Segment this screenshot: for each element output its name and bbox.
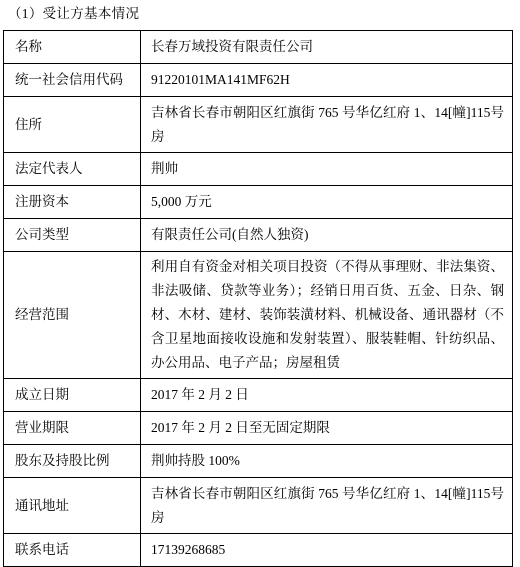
table-row: 名称 长春万域投资有限责任公司: [4, 31, 513, 64]
row-value-business-term: 2017 年 2 月 2 日至无固定期限: [141, 412, 513, 445]
table-row: 公司类型 有限责任公司(自然人独资): [4, 219, 513, 252]
row-label-business-scope: 经营范围: [4, 252, 141, 379]
row-value-legal-representative: 荆帅: [141, 153, 513, 186]
row-value-residence: 吉林省长春市朝阳区红旗街 765 号华亿红府 1、14[幢]115号房: [141, 97, 513, 153]
row-value-establishment-date: 2017 年 2 月 2 日: [141, 379, 513, 412]
row-value-name: 长春万域投资有限责任公司: [141, 31, 513, 64]
row-value-business-scope: 利用自有资金对相关项目投资（不得从事理财、非法集资、非法吸储、贷款等业务）；经销…: [141, 252, 513, 379]
row-label-legal-representative: 法定代表人: [4, 153, 141, 186]
row-label-mailing-address: 通讯地址: [4, 478, 141, 534]
row-value-shareholders: 荆帅持股 100%: [141, 445, 513, 478]
row-label-establishment-date: 成立日期: [4, 379, 141, 412]
row-value-registered-capital: 5,000 万元: [141, 186, 513, 219]
row-value-credit-code: 91220101MA141MF62H: [141, 64, 513, 97]
table-row: 成立日期 2017 年 2 月 2 日: [4, 379, 513, 412]
row-label-name: 名称: [4, 31, 141, 64]
row-value-company-type: 有限责任公司(自然人独资): [141, 219, 513, 252]
row-label-phone: 联系电话: [4, 534, 141, 567]
document-page: （1）受让方基本情况 名称 长春万域投资有限责任公司 统一社会信用代码 9122…: [0, 0, 520, 567]
row-label-registered-capital: 注册资本: [4, 186, 141, 219]
table-row: 经营范围 利用自有资金对相关项目投资（不得从事理财、非法集资、非法吸储、贷款等业…: [4, 252, 513, 379]
table-row: 通讯地址 吉林省长春市朝阳区红旗街 765 号华亿红府 1、14[幢]115号房: [4, 478, 513, 534]
table-row: 联系电话 17139268685: [4, 534, 513, 567]
row-label-shareholders: 股东及持股比例: [4, 445, 141, 478]
table-row: 营业期限 2017 年 2 月 2 日至无固定期限: [4, 412, 513, 445]
table-row: 法定代表人 荆帅: [4, 153, 513, 186]
row-label-credit-code: 统一社会信用代码: [4, 64, 141, 97]
row-label-company-type: 公司类型: [4, 219, 141, 252]
table-row: 住所 吉林省长春市朝阳区红旗街 765 号华亿红府 1、14[幢]115号房: [4, 97, 513, 153]
table-row: 注册资本 5,000 万元: [4, 186, 513, 219]
row-value-mailing-address: 吉林省长春市朝阳区红旗街 765 号华亿红府 1、14[幢]115号房: [141, 478, 513, 534]
table-row: 股东及持股比例 荆帅持股 100%: [4, 445, 513, 478]
row-label-business-term: 营业期限: [4, 412, 141, 445]
row-label-residence: 住所: [4, 97, 141, 153]
row-value-phone: 17139268685: [141, 534, 513, 567]
transferee-info-table: 名称 长春万域投资有限责任公司 统一社会信用代码 91220101MA141MF…: [3, 30, 513, 567]
page-title: （1）受让方基本情况: [8, 5, 520, 22]
table-row: 统一社会信用代码 91220101MA141MF62H: [4, 64, 513, 97]
